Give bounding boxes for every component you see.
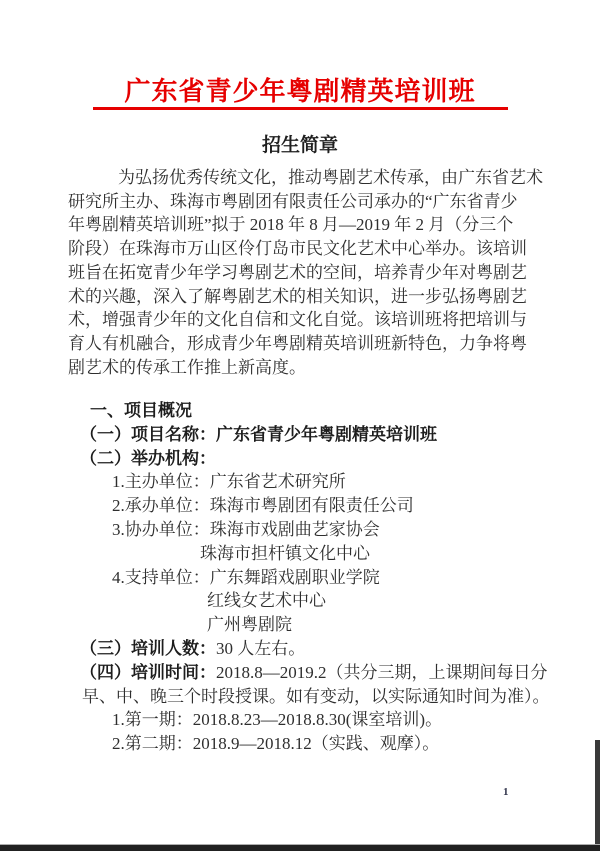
schedule-label: （四）培训时间： <box>80 663 216 682</box>
phase2-line: 2.第二期：2018.9—2018.12（实践、观摩）。 <box>112 732 600 756</box>
project-name-line: （一）项目名称：广东省青少年粤剧精英培训班 <box>80 423 600 447</box>
phase1-line: 1.第一期：2018.8.23—2018.8.30(课室培训)。 <box>112 708 600 732</box>
intro-line: 术，增强青少年的文化自信和文化自觉。该培训班将把培训与 <box>68 308 526 332</box>
organizers-label-line: （二）举办机构： <box>80 447 600 471</box>
intro-paragraph: 为弘扬优秀传统文化，推动粤剧艺术传承，由广东省艺术 研究所主办、珠海市粤剧团有限… <box>68 166 526 379</box>
trainees-value: 30 人左右。 <box>216 639 305 658</box>
document-title: 广东省青少年粤剧精英培训班 <box>0 78 600 106</box>
project-name-label: （一）项目名称： <box>80 425 216 444</box>
project-name-value: 广东省青少年粤剧精英培训班 <box>216 425 437 444</box>
scan-edge-shadow-right <box>595 740 600 844</box>
title-underline <box>93 107 508 110</box>
intro-line: 研究所主办、珠海市粤剧团有限责任公司承办的“广东省青少 <box>68 190 526 214</box>
intro-line: 剧艺术的传承工作推上新高度。 <box>68 356 526 380</box>
intro-line: 为弘扬优秀传统文化，推动粤剧艺术传承，由广东省艺术 <box>68 166 526 190</box>
intro-line: 年粤剧精英培训班”拟于 2018 年 8 月—2019 年 2 月（分三个 <box>68 213 526 237</box>
trainees-line: （三）培训人数：30 人左右。 <box>80 637 600 661</box>
host-unit-line: 1.主办单位：广东省艺术研究所 <box>112 470 600 494</box>
co-organizer-unit-line: 3.协办单位：珠海市戏剧曲艺家协会 <box>112 518 600 542</box>
intro-line: 术的兴趣，深入了解粤剧艺术的相关知识，进一步弘扬粤剧艺 <box>68 285 526 309</box>
supporter-unit-line-3: 广州粤剧院 <box>207 613 600 637</box>
co-organizer-unit-line-2: 珠海市担杆镇文化中心 <box>200 542 600 566</box>
scan-edge-shadow-bottom <box>0 844 600 851</box>
project-overview-section: 一、项目概况 （一）项目名称：广东省青少年粤剧精英培训班 （二）举办机构： 1.… <box>0 399 600 756</box>
page-number: 1 <box>503 786 509 799</box>
trainees-label: （三）培训人数： <box>80 639 216 658</box>
section-heading-overview: 一、项目概况 <box>90 399 600 423</box>
intro-line: 班旨在拓宽青少年学习粤剧艺术的空间，培养青少年对粤剧艺 <box>68 261 526 285</box>
intro-line: 育人有机融合，形成青少年粤剧精英培训班新特色，力争将粤 <box>68 332 526 356</box>
schedule-value: 2018.8—2019.2（共分三期，上课期间每日分 <box>216 663 548 682</box>
schedule-line-wrap: 早、中、晚三个时段授课。如有变动，以实际通知时间为准）。 <box>82 685 600 709</box>
intro-line: 阶段）在珠海市万山区伶仃岛市民文化艺术中心举办。该培训 <box>68 237 526 261</box>
subtitle-heading: 招生简章 <box>0 133 600 159</box>
document-page: 广东省青少年粤剧精英培训班 招生简章 为弘扬优秀传统文化，推动粤剧艺术传承，由广… <box>0 0 600 851</box>
supporter-unit-line: 4.支持单位：广东舞蹈戏剧职业学院 <box>112 566 600 590</box>
schedule-line: （四）培训时间：2018.8—2019.2（共分三期，上课期间每日分 <box>80 661 600 685</box>
supporter-unit-line-2: 红线女艺术中心 <box>207 589 600 613</box>
undertaker-unit-line: 2.承办单位：珠海市粤剧团有限责任公司 <box>112 494 600 518</box>
